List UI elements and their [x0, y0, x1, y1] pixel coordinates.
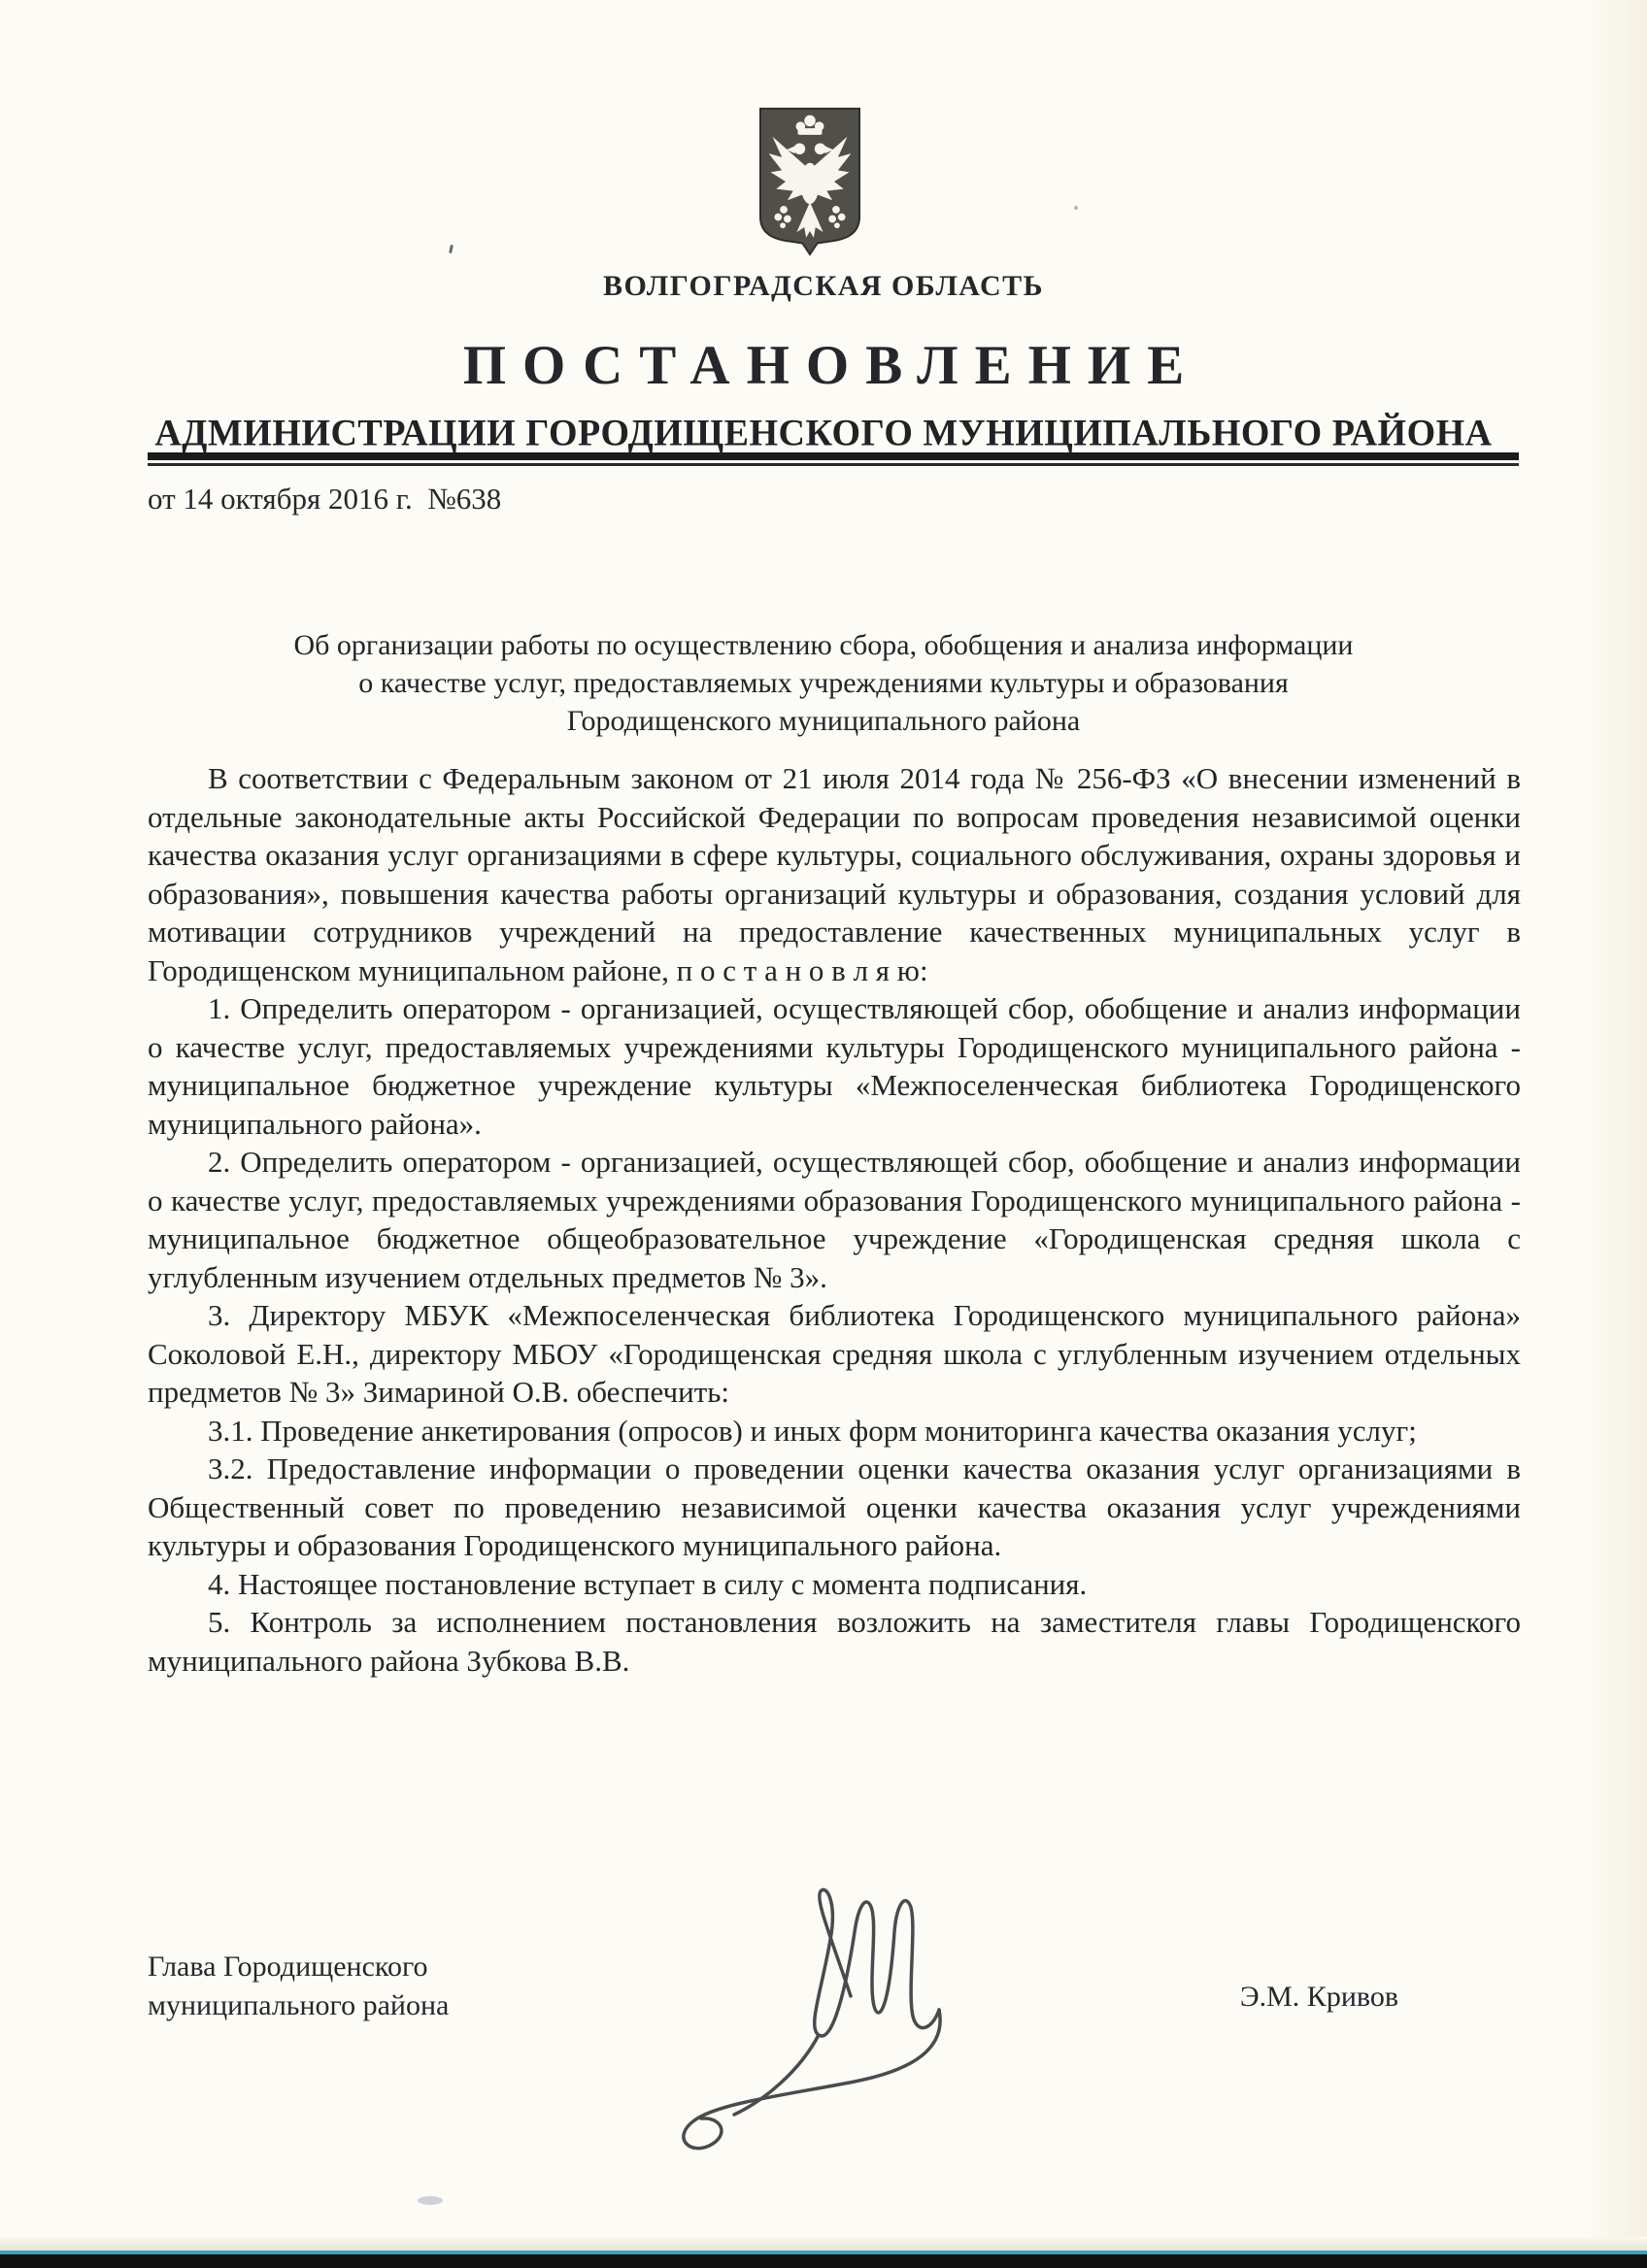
- document-subject: Об организации работы по осуществлению с…: [0, 626, 1647, 740]
- document-body: В соответствии с Федеральным законом от …: [148, 759, 1521, 1680]
- scan-edge-shadow: [0, 2237, 1647, 2251]
- header-divider-rule: [148, 452, 1519, 466]
- region-title: ВОЛГОГРАДСКАЯ ОБЛАСТЬ: [0, 270, 1647, 303]
- scan-speck: [418, 2196, 443, 2205]
- signer-position-line: муниципального района: [148, 1986, 449, 2025]
- body-paragraph-item-5: 5. Контроль за исполнением постановления…: [148, 1603, 1521, 1680]
- signer-position-line: Глава Городищенского: [148, 1948, 449, 1986]
- subject-line: о качестве услуг, предоставляемых учрежд…: [0, 664, 1647, 702]
- issuing-authority-title: АДМИНИСТРАЦИИ ГОРОДИЩЕНСКОГО МУНИЦИПАЛЬН…: [0, 411, 1647, 455]
- body-paragraph-item-3-2: 3.2. Предоставление информации о проведе…: [148, 1450, 1521, 1565]
- document-page: ВОЛГОГРАДСКАЯ ОБЛАСТЬ ПОСТАНОВЛЕНИЕ АДМИ…: [0, 0, 1647, 2268]
- signer-name: Э.М. Кривов: [1240, 1981, 1398, 2014]
- body-paragraph-item-4: 4. Настоящее постановление вступает в си…: [148, 1565, 1521, 1604]
- body-paragraph-item-3-1: 3.1. Проведение анкетирования (опросов) …: [148, 1412, 1521, 1451]
- body-paragraph-intro: В соответствии с Федеральным законом от …: [148, 759, 1521, 989]
- body-paragraph-item-3: 3. Директору МБУК «Межпоселенческая библ…: [148, 1296, 1521, 1412]
- scan-edge-black-bar: [0, 2254, 1647, 2268]
- body-paragraph-item-1: 1. Определить оператором - организацией,…: [148, 989, 1521, 1143]
- handwritten-signature: [600, 1882, 1057, 2178]
- subject-line: Об организации работы по осуществлению с…: [0, 626, 1647, 664]
- date-and-number-line: от 14 октября 2016 г. №638: [148, 482, 501, 517]
- signer-position: Глава Городищенского муниципального райо…: [148, 1948, 449, 2025]
- document-type-title: ПОСТАНОВЛЕНИЕ: [0, 334, 1647, 397]
- scan-speck: [449, 245, 454, 253]
- coat-of-arms-icon: [751, 105, 869, 256]
- subject-line: Городищенского муниципального района: [0, 702, 1647, 740]
- body-paragraph-item-2: 2. Определить оператором - организацией,…: [148, 1143, 1521, 1296]
- scan-speck: [1074, 206, 1078, 210]
